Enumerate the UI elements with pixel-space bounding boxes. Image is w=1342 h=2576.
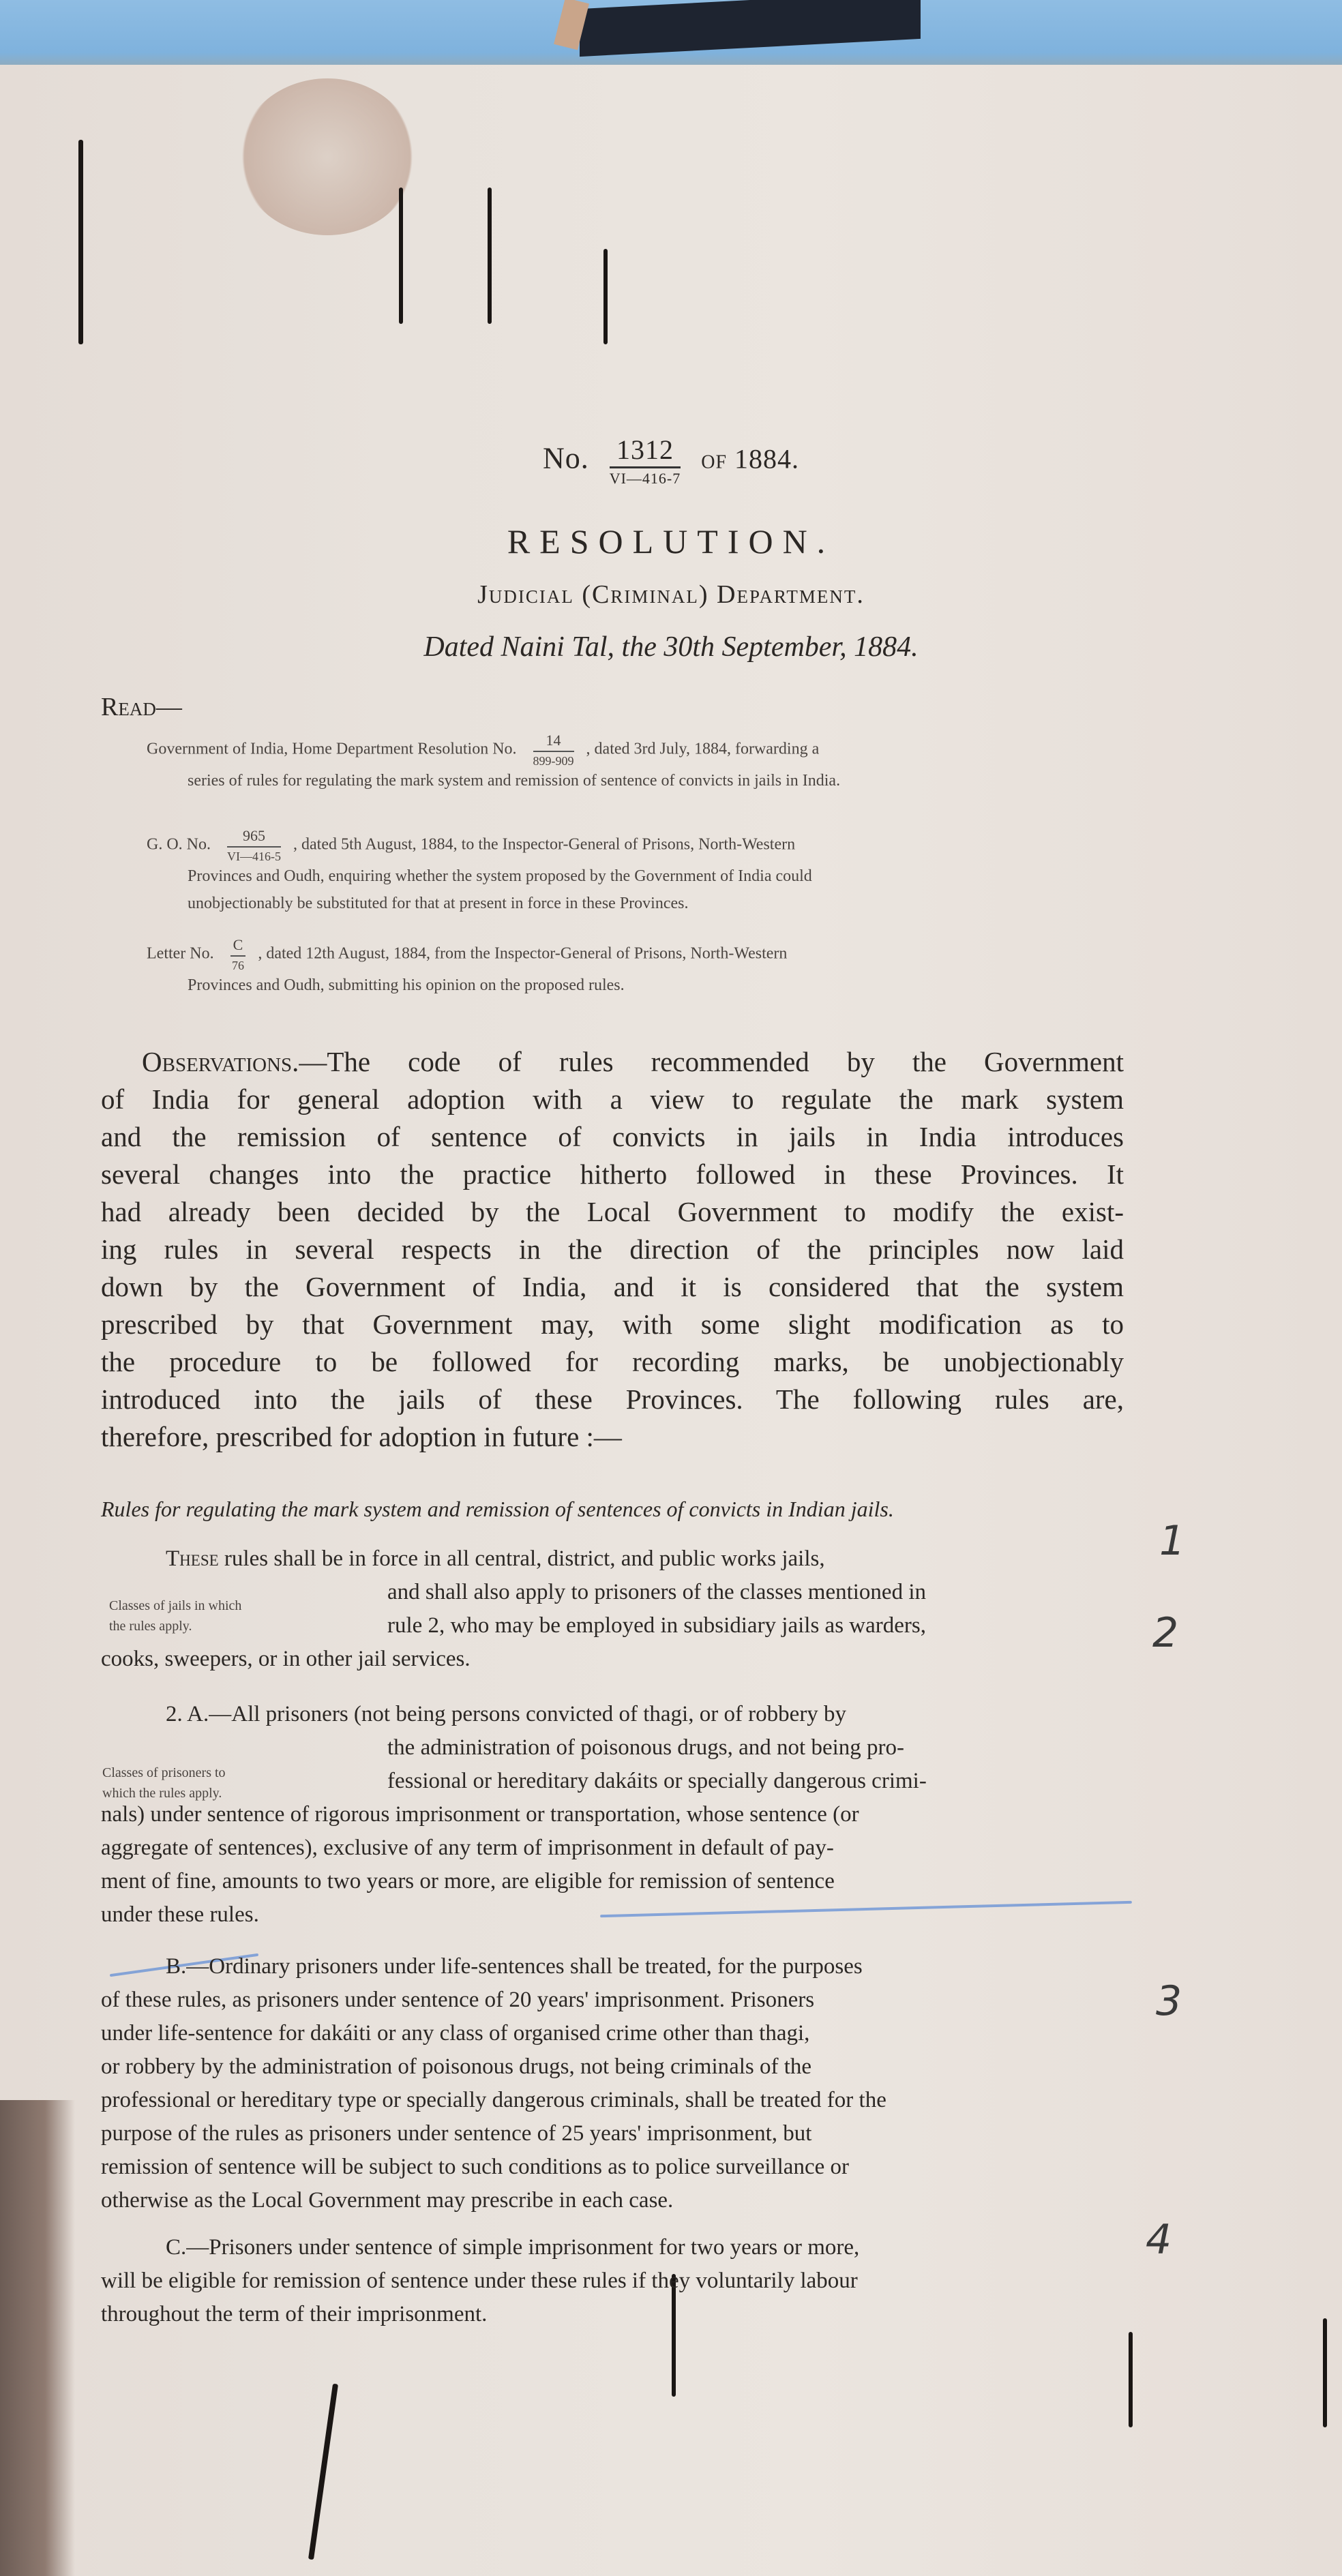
rule-1: These rules shall be in force in all cen… [101,1542,1124,1676]
paragraph-line: the procedure to be followed for recordi… [101,1343,1124,1381]
observations-paragraph: Observations.—The code of rules recommen… [101,1043,1124,1456]
rule-line: the administration of poisonous drugs, a… [101,1731,1124,1765]
rule-line: C.—Prisoners under sentence of simple im… [101,2231,1124,2264]
number-numerator: 1312 [610,436,681,468]
reference-frac-den: 899-909 [533,752,574,767]
date-line: Dated Naini Tal, the 30th September, 188… [0,631,1342,663]
reference-prefix: Government of India, Home Department Res… [147,740,517,758]
reference-item: G. O. No. 965VI—416-5, dated 5th August,… [147,828,812,917]
rule-line: fessional or hereditary dakáits or speci… [101,1765,1124,1798]
torn-edge [0,2100,75,2576]
reference-item: Government of India, Home Department Res… [147,733,840,794]
rule-line: remission of sentence will be subject to… [101,2151,1124,2184]
reference-text: Provinces and Oudh, submitting his opini… [147,972,787,999]
reference-frac-den: VI—416-5 [227,848,281,863]
rule-line: professional or hereditary type or speci… [101,2084,1124,2117]
rule-2b: B.—Ordinary prisoners under life-sentenc… [101,1950,1124,2217]
margin-note-prisoners: Classes of prisoners to which the rules … [102,1763,226,1803]
rule-2: 2. A.—All prisoners (not being persons c… [101,1698,1124,1932]
paper-crack [308,2384,338,2560]
reference-text: , dated 3rd July, 1884, forwarding a [586,740,820,758]
paragraph-line: of India for general adoption with a vie… [101,1081,1124,1118]
number-year: of 1884. [701,444,799,475]
reference-prefix: G. O. No. [147,836,211,854]
margin-note-jails: Classes of jails in which the rules appl… [109,1596,241,1636]
rule-line: nals) under sentence of rigorous impriso… [101,1798,1124,1831]
paragraph-line: prescribed by that Government may, with … [101,1306,1124,1343]
paper-crack [78,140,83,344]
rule-line: aggregate of sentences), exclusive of an… [101,1831,1124,1865]
paragraph-line: several changes into the practice hither… [101,1156,1124,1193]
observations-lead: Observations. [142,1046,299,1077]
rule-line: rules shall be in force in all central, … [219,1546,825,1571]
rule-2c: C.—Prisoners under sentence of simple im… [101,2231,1124,2331]
rule-lead: These [166,1546,219,1571]
rule-line: cooks, sweepers, or in other jail servic… [101,1643,1124,1676]
handwritten-number-3: 3 [1156,1977,1182,2025]
reference-frac-num: C [230,938,246,957]
rule-line: of these rules, as prisoners under sente… [101,1983,1124,2017]
paragraph-line: and the remission of sentence of convict… [101,1118,1124,1156]
paragraph-line: —The code of rules recommended by the Go… [299,1046,1124,1077]
number-denominator: VI—416-7 [610,468,681,486]
read-label: Read— [101,692,182,722]
reference-item: Letter No. C76, dated 12th August, 1884,… [147,938,787,999]
rule-line: under life-sentence for dakáiti or any c… [101,2017,1124,2050]
resolution-number: No. 1312 VI—416-7 of 1884. [0,436,1342,486]
reference-prefix: Letter No. [147,945,214,963]
paragraph-line: ing rules in several respects in the dir… [101,1231,1124,1268]
reference-text: unobjectionably be substituted for that … [147,890,812,917]
handwritten-number-1: 1 [1159,1517,1185,1565]
rule-line: purpose of the rules as prisoners under … [101,2117,1124,2151]
backdrop-shadow [580,0,921,57]
reference-text: , dated 5th August, 1884, to the Inspect… [293,836,795,854]
water-stain [239,78,416,235]
rule-line: rule 2, who may be employed in subsidiar… [101,1609,1124,1643]
reference-frac-num: 965 [227,828,281,848]
margin-note-line: the rules apply. [109,1616,241,1636]
rules-heading: Rules for regulating the mark system and… [101,1497,894,1522]
rule-line: throughout the term of their imprisonmen… [101,2298,1124,2331]
rule-line: B.—Ordinary prisoners under life-sentenc… [101,1950,1124,1983]
reference-frac-den: 76 [230,957,246,972]
reference-text: series of rules for regulating the mark … [147,767,840,794]
paper-crack [488,188,492,324]
handwritten-number-2: 2 [1152,1609,1178,1657]
margin-note-line: Classes of prisoners to [102,1763,226,1783]
paper-crack [603,249,608,344]
rule-line: 2. A.—All prisoners (not being persons c… [101,1698,1124,1731]
photo-backdrop [0,0,1342,75]
department-heading: Judicial (Criminal) Department. [0,580,1342,610]
paragraph-line: down by the Government of India, and it … [101,1268,1124,1306]
number-label: No. [543,442,589,475]
reference-text: Provinces and Oudh, enquiring whether th… [147,863,812,890]
paragraph-line: therefore, prescribed for adoption in fu… [101,1418,1124,1456]
rule-line: or robbery by the administration of pois… [101,2050,1124,2084]
rule-line: otherwise as the Local Government may pr… [101,2184,1124,2217]
page-title: RESOLUTION. [0,522,1342,561]
paper-crack [1323,2318,1327,2427]
rule-line: and shall also apply to prisoners of the… [101,1576,1124,1609]
paper-crack [1129,2332,1133,2427]
handwritten-number-4: 4 [1146,2216,1172,2264]
margin-note-line: which the rules apply. [102,1783,226,1803]
reference-frac-num: 14 [533,733,574,752]
paper-crack [399,188,403,324]
rule-line: ment of fine, amounts to two years or mo… [101,1865,1124,1898]
number-fraction: 1312 VI—416-7 [610,436,681,486]
rule-line: will be eligible for remission of senten… [101,2264,1124,2298]
margin-note-line: Classes of jails in which [109,1596,241,1616]
reference-text: , dated 12th August, 1884, from the Insp… [258,945,787,963]
paragraph-line: introduced into the jails of these Provi… [101,1381,1124,1418]
paragraph-line: had already been decided by the Local Go… [101,1193,1124,1231]
